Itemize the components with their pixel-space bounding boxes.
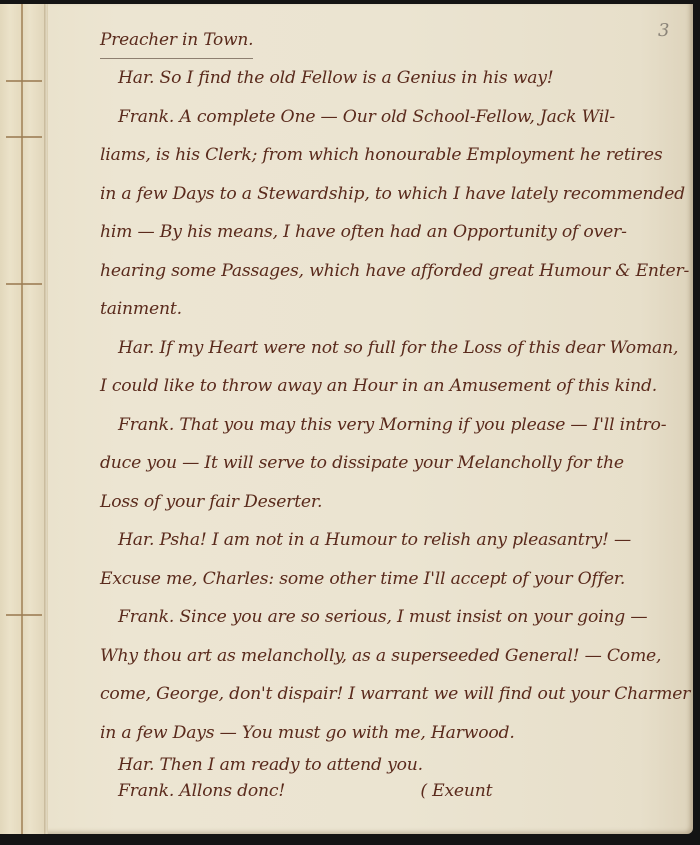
- binding-tie: [6, 283, 42, 285]
- manuscript-line: Loss of your fair Deserter.: [100, 483, 690, 522]
- manuscript-line: Frank. A complete One — Our old School-F…: [100, 98, 690, 137]
- binding-tie: [6, 136, 42, 138]
- binding-tie: [6, 614, 42, 616]
- manuscript-lines: Har. So I find the old Fellow is a Geniu…: [100, 59, 690, 804]
- manuscript-line: in a few Days to a Stewardship, to which…: [100, 175, 690, 214]
- manuscript-line: Har. If my Heart were not so full for th…: [100, 329, 690, 368]
- manuscript-line: duce you — It will serve to dissipate yo…: [100, 444, 690, 483]
- scan-frame: 3 Preacher in Town. Har. So I find the o…: [0, 0, 700, 845]
- manuscript-line: come, George, don't dispair! I warrant w…: [100, 675, 690, 714]
- binding-gutter: [0, 4, 48, 834]
- page-fold: [44, 4, 47, 834]
- manuscript-line: Frank. That you may this very Morning if…: [100, 406, 690, 445]
- binding-stitch: [21, 4, 23, 834]
- manuscript-line: hearing some Passages, which have afford…: [100, 252, 690, 291]
- manuscript-line: Har. So I find the old Fellow is a Geniu…: [100, 59, 690, 98]
- manuscript-line: Excuse me, Charles: some other time I'll…: [100, 560, 690, 599]
- manuscript-line: Har. Then I am ready to attend you.: [100, 752, 690, 778]
- manuscript-line: in a few Days — You must go with me, Har…: [100, 714, 690, 753]
- manuscript-line: him — By his means, I have often had an …: [100, 213, 690, 252]
- manuscript-line: liams, is his Clerk; from which honourab…: [100, 136, 690, 175]
- stage-direction: ( Exeunt: [420, 781, 492, 801]
- manuscript-line: Har. Psha! I am not in a Humour to relis…: [100, 521, 690, 560]
- manuscript-line: Frank. Since you are so serious, I must …: [100, 598, 690, 637]
- manuscript-line: Why thou art as melancholly, as a supers…: [100, 637, 690, 676]
- binding-tie: [6, 80, 42, 82]
- final-speech: Frank. Allons donc!: [118, 781, 285, 801]
- scene-heading: Preacher in Town.: [100, 30, 253, 59]
- manuscript-text: Preacher in Town. Har. So I find the old…: [100, 30, 690, 804]
- manuscript-line: tainment.: [100, 290, 690, 329]
- manuscript-line: I could like to throw away an Hour in an…: [100, 367, 690, 406]
- manuscript-line-final: Frank. Allons donc! ( Exeunt: [100, 778, 690, 804]
